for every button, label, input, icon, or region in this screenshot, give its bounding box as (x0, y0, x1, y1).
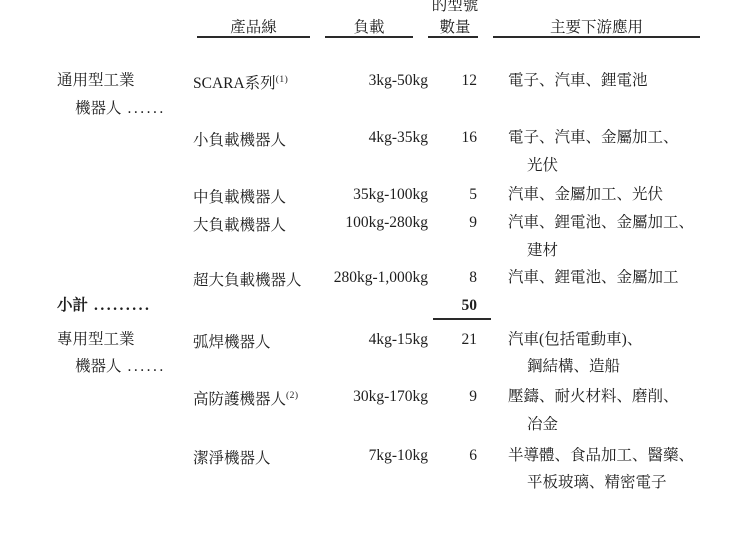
model-count-cell: 9 (427, 214, 477, 231)
header-rule-model-count (428, 36, 478, 38)
payload-cell: 100kg-280kg (255, 214, 428, 231)
model-count-cell: 8 (427, 269, 477, 286)
payload-cell: 4kg-35kg (255, 129, 428, 146)
applications-cont-cell: 平板玻璃、精密電子 (527, 474, 667, 491)
payload-cell: 35kg-100kg (255, 186, 428, 203)
dot-leader: ......... (94, 297, 151, 314)
group-label-specialized-industrial: 專用型工業 (57, 331, 135, 348)
group-label-text: 機器人 (75, 100, 122, 117)
header-rule-product (197, 36, 310, 38)
group-label-general-industrial-cont: 機器人...... (75, 100, 166, 117)
payload-cell: 4kg-15kg (255, 331, 428, 348)
subtotal-label-text: 小計 (57, 297, 88, 314)
subtotal-value: 50 (427, 297, 477, 314)
document-page: 的型號 產品線 負載 數量 主要下游應用 通用型工業 機器人...... SCA… (0, 0, 732, 537)
payload-cell: 3kg-50kg (255, 72, 428, 89)
dot-leader: ...... (128, 100, 166, 117)
header-rule-payload (325, 36, 413, 38)
subtotal-label: 小計......... (57, 297, 151, 314)
column-header-downstream-apps: 主要下游應用 (493, 19, 700, 36)
model-count-cell: 9 (427, 388, 477, 405)
applications-cell: 壓鑄、耐火材料、磨削、 (508, 388, 679, 405)
model-count-cell: 5 (427, 186, 477, 203)
group-label-specialized-industrial-cont: 機器人...... (75, 358, 166, 375)
subtotal-rule (433, 318, 491, 320)
dot-leader: ...... (128, 358, 166, 375)
group-label-text: 機器人 (75, 358, 122, 375)
applications-cont-cell: 鋼結構、造船 (527, 358, 620, 375)
applications-cell: 半導體、食品加工、醫藥、 (508, 447, 694, 464)
payload-cell: 280kg-1,000kg (255, 269, 428, 286)
applications-cont-cell: 冶金 (527, 416, 558, 433)
applications-cell: 汽車、鋰電池、金屬加工、 (508, 214, 694, 231)
model-count-cell: 12 (427, 72, 477, 89)
applications-cell: 電子、汽車、金屬加工、 (508, 129, 679, 146)
column-header-model-count-line2: 數量 (420, 19, 490, 36)
applications-cont-cell: 光伏 (527, 157, 558, 174)
header-rule-downstream-apps (493, 36, 700, 38)
applications-cell: 汽車、鋰電池、金屬加工 (508, 269, 679, 286)
group-label-general-industrial: 通用型工業 (57, 72, 135, 89)
model-count-cell: 16 (427, 129, 477, 146)
column-header-model-count-line1: 的型號 (420, 0, 490, 14)
payload-cell: 7kg-10kg (255, 447, 428, 464)
applications-cell: 電子、汽車、鋰電池 (508, 72, 648, 89)
applications-cell: 汽車(包括電動車)、 (508, 331, 642, 348)
payload-cell: 30kg-170kg (255, 388, 428, 405)
model-count-cell: 6 (427, 447, 477, 464)
column-header-payload: 負載 (325, 19, 413, 36)
applications-cell: 汽車、金屬加工、光伏 (508, 186, 663, 203)
model-count-cell: 21 (427, 331, 477, 348)
applications-cont-cell: 建材 (527, 242, 558, 259)
column-header-product-line: 產品線 (197, 19, 310, 36)
